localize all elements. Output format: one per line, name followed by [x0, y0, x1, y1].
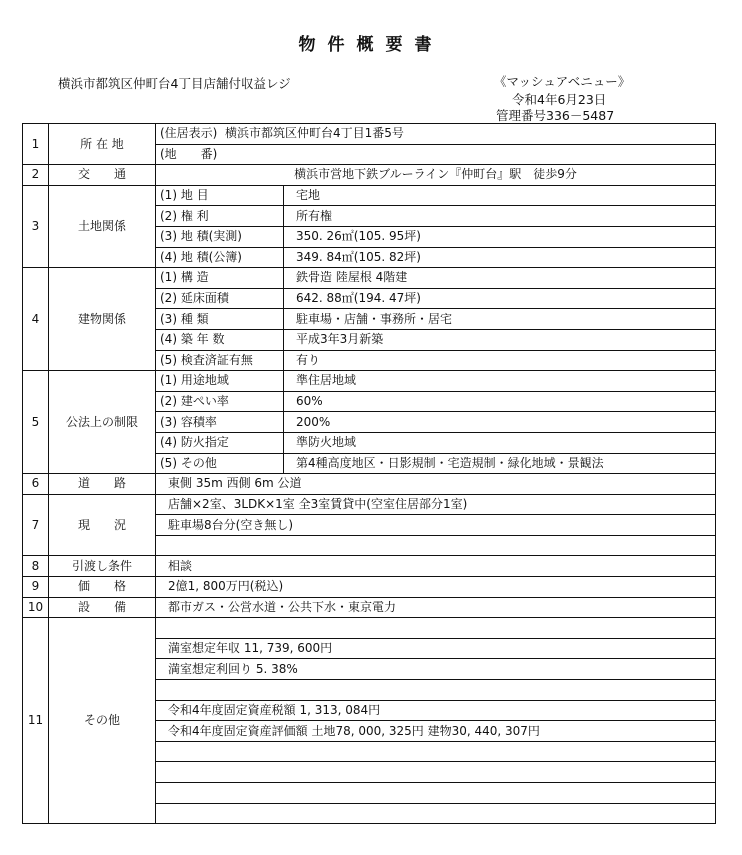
sub-value: 60%	[284, 391, 716, 412]
row-number: 9	[23, 577, 49, 598]
other-line	[156, 741, 716, 762]
sub-label: (5) 検査済証有無	[156, 350, 284, 371]
sub-label: (1) 地 目	[156, 185, 284, 206]
row-number: 10	[23, 597, 49, 618]
sub-label: (3) 容積率	[156, 412, 284, 433]
location-address: 横浜市都筑区仲町台4丁目1番5号	[225, 126, 404, 140]
row-number: 8	[23, 556, 49, 577]
status-line: 駐車場8台分(空き無し)	[156, 515, 716, 536]
other-line	[156, 803, 716, 824]
other-line: 満室想定利回り 5. 38%	[156, 659, 716, 680]
status-line: 店舗×2室、3LDK×1室 全3室賃貸中(空室住居部分1室)	[156, 494, 716, 515]
table-row-road: 6 道 路 東側 35m 西側 6m 公道	[23, 474, 716, 495]
other-line	[156, 783, 716, 804]
sub-label: (住居表示)	[160, 126, 217, 140]
sub-value: 第4種高度地区・日影規制・宅造規制・緑化地域・景観法	[284, 453, 716, 474]
table-row-facilities: 10 設 備 都市ガス・公営水道・公共下水・東京電力	[23, 597, 716, 618]
row-label: 価 格	[49, 577, 156, 598]
row-number: 1	[23, 124, 49, 165]
management-number: 管理番号336－5487	[496, 106, 614, 124]
sub-label: (3) 地 積(実測)	[156, 226, 284, 247]
row-label: 設 備	[49, 597, 156, 618]
table-row-location: 1 所 在 地 (住居表示) 横浜市都筑区仲町台4丁目1番5号	[23, 124, 716, 145]
row-label: 道 路	[49, 474, 156, 495]
sub-label: (1) 構 造	[156, 268, 284, 289]
row-label: 建物関係	[49, 268, 156, 371]
sub-label: (1) 用途地域	[156, 371, 284, 392]
row-label: 土地関係	[49, 185, 156, 267]
sub-value: 準住居地域	[284, 371, 716, 392]
property-name: 横浜市都筑区仲町台4丁目店舗付収益レジ	[58, 74, 291, 92]
sub-label: (5) その他	[156, 453, 284, 474]
table-row-land: 3 土地関係 (1) 地 目 宅地	[23, 185, 716, 206]
sub-value: 鉄骨造 陸屋根 4階建	[284, 268, 716, 289]
table-row-current-status: 7 現 況 店舗×2室、3LDK×1室 全3室賃貸中(空室住居部分1室)	[23, 494, 716, 515]
row-label: 現 況	[49, 494, 156, 556]
table-row-other: 11 その他	[23, 618, 716, 639]
sub-value: 所有権	[284, 206, 716, 227]
other-line	[156, 762, 716, 783]
sub-value: 駐車場・店舗・事務所・居宅	[284, 309, 716, 330]
row-label: 所 在 地	[49, 124, 156, 165]
row-label: 引渡し条件	[49, 556, 156, 577]
sub-label: (2) 建ぺい率	[156, 391, 284, 412]
sub-label: (4) 地 積(公簿)	[156, 247, 284, 268]
other-line: 令和4年度固定資産税額 1, 313, 084円	[156, 700, 716, 721]
table-row-price: 9 価 格 2億1, 800万円(税込)	[23, 577, 716, 598]
sub-value: 642. 88㎡(194. 47坪)	[284, 288, 716, 309]
lot-number-cell: (地 番)	[156, 144, 716, 165]
other-line	[156, 618, 716, 639]
sub-value: 準防火地域	[284, 432, 716, 453]
sub-value: 宅地	[284, 185, 716, 206]
sub-value: 有り	[284, 350, 716, 371]
location-display-cell: (住居表示) 横浜市都筑区仲町台4丁目1番5号	[156, 124, 716, 145]
sub-label: (2) 延床面積	[156, 288, 284, 309]
road-value: 東側 35m 西側 6m 公道	[156, 474, 716, 495]
table-row-transport: 2 交 通 横浜市営地下鉄ブルーライン『仲町台』駅 徒歩9分	[23, 165, 716, 186]
row-label: 交 通	[49, 165, 156, 186]
row-number: 6	[23, 474, 49, 495]
row-number: 5	[23, 371, 49, 474]
table-row-legal-restrictions: 5 公法上の制限 (1) 用途地域 準住居地域	[23, 371, 716, 392]
other-line	[156, 680, 716, 701]
sub-value: 349. 84㎡(105. 82坪)	[284, 247, 716, 268]
row-label: 公法上の制限	[49, 371, 156, 474]
sub-label: (4) 築 年 数	[156, 329, 284, 350]
handover-value: 相談	[156, 556, 716, 577]
document-title: 物件概要書	[0, 30, 742, 55]
sub-value: 平成3年3月新築	[284, 329, 716, 350]
facilities-value: 都市ガス・公営水道・公共下水・東京電力	[156, 597, 716, 618]
table-row-building: 4 建物関係 (1) 構 造 鉄骨造 陸屋根 4階建	[23, 268, 716, 289]
sub-label: (3) 種 類	[156, 309, 284, 330]
row-number: 11	[23, 618, 49, 824]
other-line: 満室想定年収 11, 739, 600円	[156, 638, 716, 659]
status-line	[156, 535, 716, 556]
row-number: 7	[23, 494, 49, 556]
transport-value: 横浜市営地下鉄ブルーライン『仲町台』駅 徒歩9分	[156, 165, 716, 186]
row-label: その他	[49, 618, 156, 824]
sub-label: (地 番)	[160, 147, 217, 161]
table-row-handover: 8 引渡し条件 相談	[23, 556, 716, 577]
other-line: 令和4年度固定資産評価額 土地78, 000, 325円 建物30, 440, …	[156, 721, 716, 742]
sub-value: 350. 26㎡(105. 95坪)	[284, 226, 716, 247]
sub-label: (2) 権 利	[156, 206, 284, 227]
sub-label: (4) 防火指定	[156, 432, 284, 453]
price-value: 2億1, 800万円(税込)	[156, 577, 716, 598]
building-name: 《マッシュアベニュー》	[494, 72, 630, 90]
row-number: 2	[23, 165, 49, 186]
row-number: 4	[23, 268, 49, 371]
property-summary-table: 1 所 在 地 (住居表示) 横浜市都筑区仲町台4丁目1番5号 (地 番) 2 …	[22, 123, 716, 824]
sub-value: 200%	[284, 412, 716, 433]
row-number: 3	[23, 185, 49, 267]
